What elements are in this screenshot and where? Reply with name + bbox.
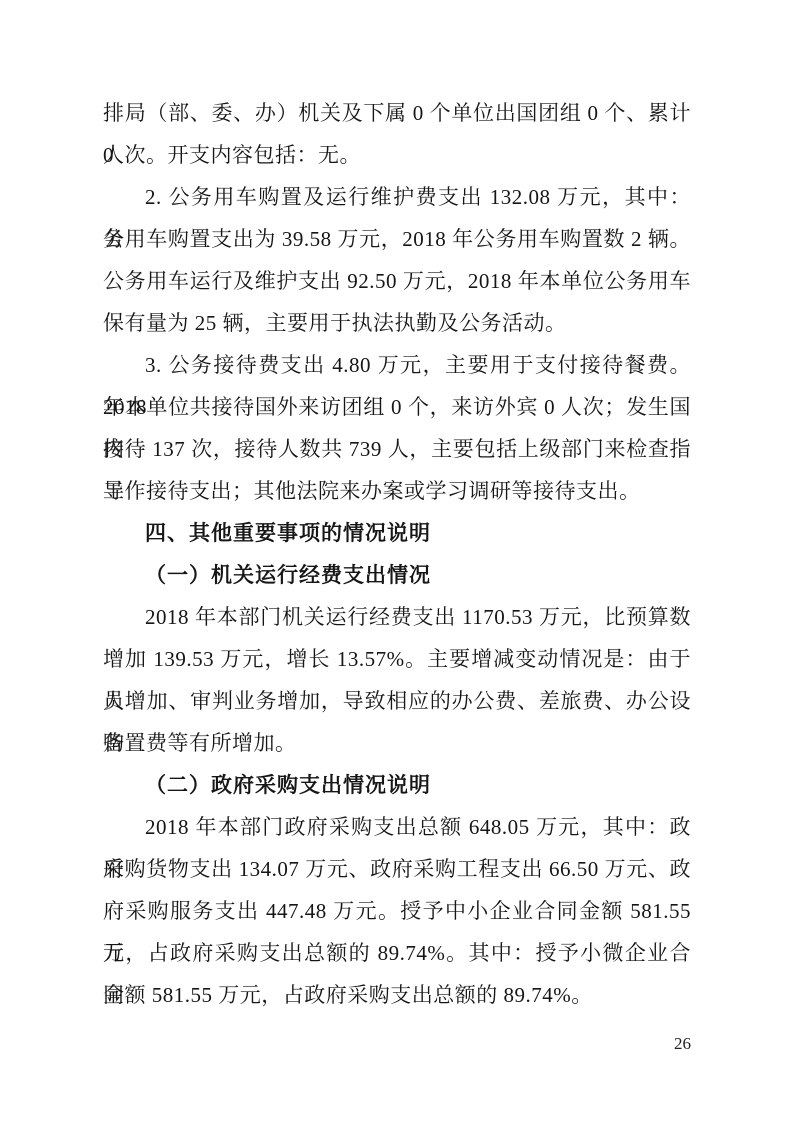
paragraph-line: 年本单位共接待国外来访团组 0 个，来访外宾 0 人次；发生国内: [103, 386, 691, 428]
paragraph-line: 2018 年本部门政府采购支出总额 648.05 万元，其中：政府: [103, 806, 691, 848]
document-page: 排局（部、委、办）机关及下属 0 个单位出国团组 0 个、累计 0 人次。开支内…: [0, 0, 793, 1122]
paragraph-line: 工作接待支出；其他法院来办案或学习调研等接待支出。: [103, 470, 691, 512]
paragraph-line: 购置费等有所增加。: [103, 722, 691, 764]
paragraph-line: 人次。开支内容包括：无。: [103, 134, 691, 176]
paragraph-line: 2. 公务用车购置及运行维护费支出 132.08 万元，其中：公: [103, 176, 691, 218]
subsection-heading-4-2: （二）政府采购支出情况说明: [103, 764, 691, 806]
subsection-heading-4-1: （一）机关运行经费支出情况: [103, 554, 691, 596]
paragraph-line: 采购货物支出 134.07 万元、政府采购工程支出 66.50 万元、政: [103, 848, 691, 890]
paragraph-line: 员增加、审判业务增加，导致相应的办公费、差旅费、办公设备: [103, 680, 691, 722]
document-content: 排局（部、委、办）机关及下属 0 个单位出国团组 0 个、累计 0 人次。开支内…: [103, 92, 691, 1016]
paragraph-line: 元，占政府采购支出总额的 89.74%。其中：授予小微企业合同: [103, 932, 691, 974]
paragraph-line: 3. 公务接待费支出 4.80 万元，主要用于支付接待餐费。2018: [103, 344, 691, 386]
paragraph-line: 务用车购置支出为 39.58 万元，2018 年公务用车购置数 2 辆。: [103, 218, 691, 260]
section-heading-4: 四、其他重要事项的情况说明: [103, 512, 691, 554]
paragraph-line: 金额 581.55 万元，占政府采购支出总额的 89.74%。: [103, 974, 691, 1016]
page-number: 26: [103, 1033, 691, 1055]
paragraph-line: 公务用车运行及维护支出 92.50 万元，2018 年本单位公务用车: [103, 260, 691, 302]
paragraph-line: 接待 137 次，接待人数共 739 人，主要包括上级部门来检查指导: [103, 428, 691, 470]
paragraph-line: 2018 年本部门机关运行经费支出 1170.53 万元，比预算数: [103, 596, 691, 638]
paragraph-line: 保有量为 25 辆，主要用于执法执勤及公务活动。: [103, 302, 691, 344]
paragraph-line: 府采购服务支出 447.48 万元。授予中小企业合同金额 581.55 万: [103, 890, 691, 932]
paragraph-line: 增加 139.53 万元，增长 13.57%。主要增减变动情况是：由于人: [103, 638, 691, 680]
paragraph-line: 排局（部、委、办）机关及下属 0 个单位出国团组 0 个、累计 0: [103, 92, 691, 134]
